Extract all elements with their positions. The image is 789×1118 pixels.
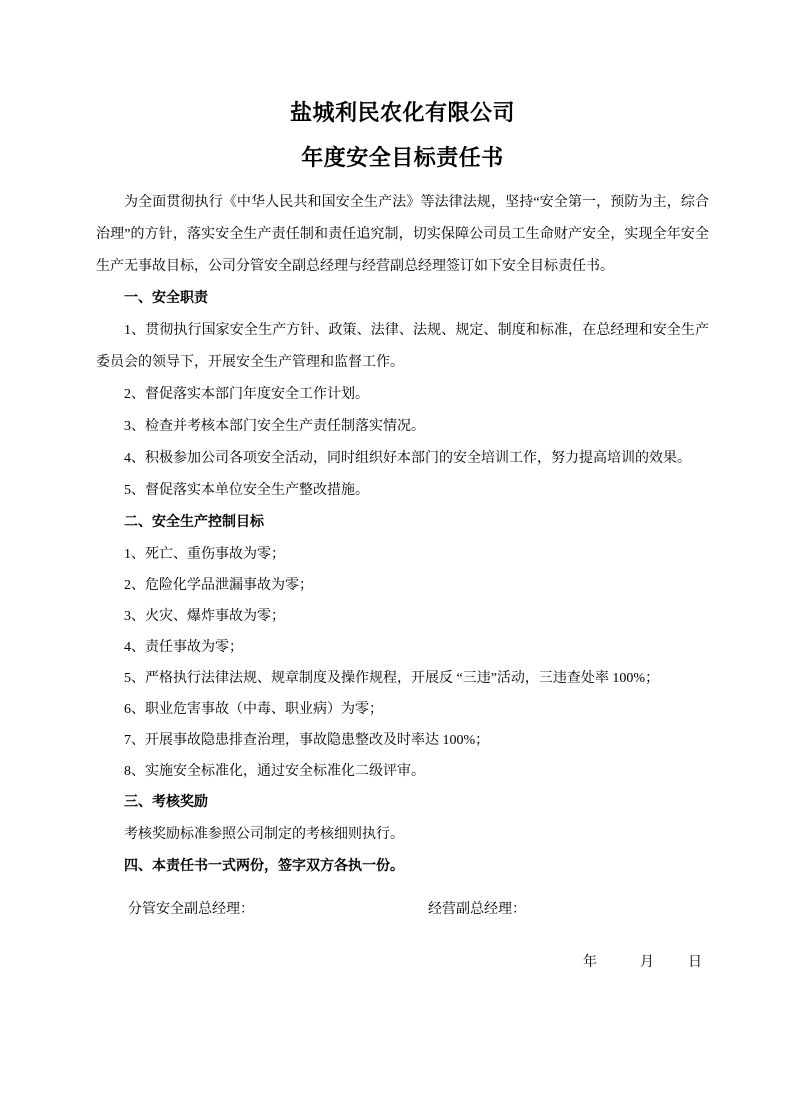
- signature-row: 分管安全副总经理： 经营副总经理：: [96, 900, 709, 920]
- section-2-item-1: 1、死亡、重伤事故为零；: [96, 539, 709, 570]
- section-1-item-4: 4、积极参加公司各项安全活动，同时组织好本部门的安全培训工作，努力提高培训的效果…: [96, 443, 709, 475]
- section-2-item-8: 8、实施安全标准化，通过安全标准化二级评审。: [96, 756, 709, 787]
- section-2-item-5: 5、严格执行法律法规、规章制度及操作规程，开展反 “三违”活动，三违查处率 10…: [96, 663, 709, 694]
- section-2-item-7: 7、开展事故隐患排查治理，事故隐患整改及时率达 100%；: [96, 725, 709, 756]
- section-2-heading: 二、安全生产控制目标: [96, 507, 709, 539]
- section-4-heading: 四、本责任书一式两份，签字双方各执一份。: [96, 851, 709, 883]
- subject-title: 年度安全目标责任书: [96, 143, 709, 173]
- signature-label-safety-deputy-gm: 分管安全副总经理：: [128, 900, 254, 920]
- section-3-item-1: 考核奖励标准参照公司制定的考核细则执行。: [96, 819, 709, 851]
- section-3-heading: 三、考核奖励: [96, 787, 709, 819]
- section-2-item-2: 2、危险化学品泄漏事故为零；: [96, 570, 709, 601]
- section-1-item-2: 2、督促落实本部门年度安全工作计划。: [96, 379, 709, 411]
- section-1-item-5: 5、督促落实本单位安全生产整改措施。: [96, 475, 709, 507]
- company-title: 盐城利民农化有限公司: [96, 98, 709, 128]
- section-1-item-1: 1、贯彻执行国家安全生产方针、政策、法律、法规、规定、制度和标准，在总经理和安全…: [96, 315, 709, 379]
- document-page: 盐城利民农化有限公司 年度安全目标责任书 为全面贯彻执行《中华人民共和国安全生产…: [0, 0, 789, 1118]
- date-line: 年 月 日: [96, 953, 709, 973]
- date-month-label: 月: [640, 953, 654, 973]
- signature-label-operations-deputy-gm: 经营副总经理：: [428, 900, 526, 920]
- intro-paragraph: 为全面贯彻执行《中华人民共和国安全生产法》等法律法规，坚持“安全第一，预防为主，…: [96, 187, 709, 283]
- section-1-item-3: 3、检查并考核本部门安全生产责任制落实情况。: [96, 411, 709, 443]
- section-1-heading: 一、安全职责: [96, 283, 709, 315]
- section-2-item-3: 3、火灾、爆炸事故为零；: [96, 601, 709, 632]
- section-2-item-4: 4、责任事故为零；: [96, 632, 709, 663]
- date-year-label: 年: [583, 953, 597, 973]
- date-day-label: 日: [688, 953, 702, 973]
- section-2-item-6: 6、职业危害事故（中毒、职业病）为零；: [96, 694, 709, 725]
